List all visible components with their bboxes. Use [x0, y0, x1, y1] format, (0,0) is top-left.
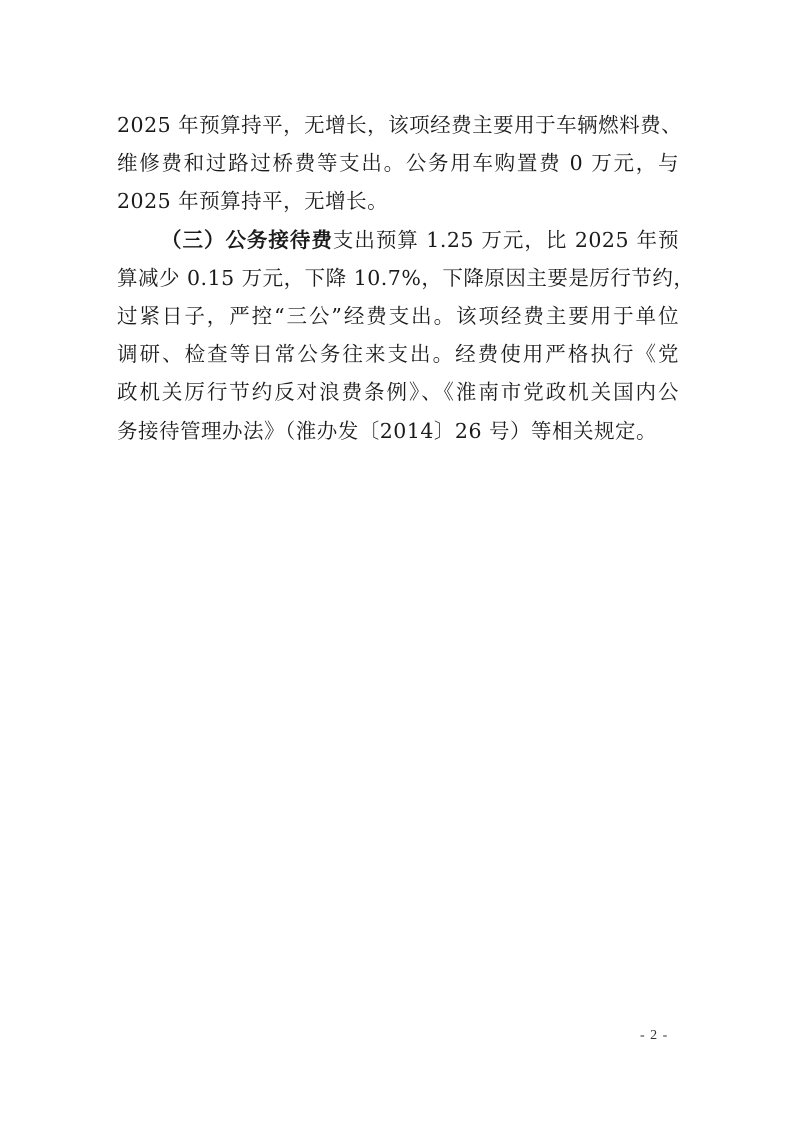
- document-body: 2025 年预算持平，无增长，该项经费主要用于车辆燃料费、 维修费和过路过桥费等…: [117, 106, 679, 450]
- section-heading-line: （三）公务接待费支出预算 1.25 万元，比 2025 年预: [117, 221, 679, 259]
- text-line: 调研、检查等日常公务往来支出。经费使用严格执行《党: [117, 335, 679, 373]
- text-span: 支出预算 1.25 万元，比 2025 年预: [333, 228, 679, 252]
- text-line: 过紧日子，严控“三公”经费支出。该项经费主要用于单位: [117, 297, 679, 335]
- text-line: 2025 年预算持平，无增长。: [117, 182, 679, 220]
- text-line: 维修费和过路过桥费等支出。公务用车购置费 0 万元，与: [117, 144, 679, 182]
- text-line: 算减少 0.15 万元，下降 10.7%，下降原因主要是厉行节约，: [117, 259, 679, 297]
- section-heading: （三）公务接待费: [161, 228, 333, 252]
- text-line: 2025 年预算持平，无增长，该项经费主要用于车辆燃料费、: [117, 106, 679, 144]
- text-line: 政机关厉行节约反对浪费条例》、《淮南市党政机关国内公: [117, 373, 679, 411]
- page-number: - 2 -: [640, 1028, 668, 1044]
- text-line: 务接待管理办法》（淮办发〔2014〕26 号）等相关规定。: [117, 412, 679, 450]
